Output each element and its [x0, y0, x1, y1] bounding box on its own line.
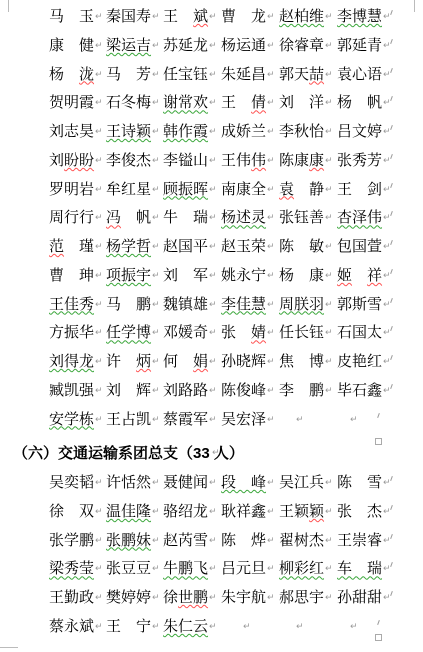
- name-text: 杨 康: [279, 268, 324, 284]
- person-name: 南康全: [221, 181, 266, 200]
- person-name: 吕元旦: [221, 560, 266, 579]
- name-text: 倩: [251, 95, 266, 111]
- name-text: 瑾: [64, 239, 94, 255]
- person-name: 朱仁云: [163, 618, 208, 637]
- line-break-mark-icon: ↵: [350, 623, 358, 632]
- name-text: 孙甜甜: [337, 590, 382, 606]
- person-name: 杨 康: [279, 267, 324, 286]
- section-heading-row: （六）交通运输系团总支（33 人） ↵: [0, 444, 423, 466]
- name-row: 王佳秀↵马 鹏↵魏镇雄↵李佳慧↵周朕羽↵郭斯雪↵: [0, 296, 423, 318]
- line-break-mark-icon: ↵: [152, 214, 160, 223]
- name-text: 李 鹏: [279, 383, 324, 399]
- person-name: 吕文婷: [337, 123, 382, 142]
- person-name: 段 峰: [221, 474, 266, 493]
- person-name: 王诗颖: [106, 123, 151, 142]
- line-break-mark-icon: ↵: [243, 623, 251, 632]
- name-text: 南康全: [221, 182, 266, 198]
- name-row: 刘志昊↵王诗颖↵韩作霞↵成娇兰↵李秋怡↵吕文婷↵: [0, 123, 423, 145]
- name-row: 蔡永斌↵王 宁↵朱仁云↵↵↵↵: [0, 618, 423, 640]
- name-text: 炳: [136, 354, 151, 370]
- person-name: 周朕羽: [279, 296, 324, 315]
- line-break-mark-icon: ↵: [152, 537, 160, 546]
- name-text: 吕文婷: [337, 124, 382, 140]
- person-name: 王 倩: [221, 94, 266, 113]
- line-break-mark-icon: ↵: [325, 508, 333, 517]
- line-break-mark-icon: ↵: [209, 358, 217, 367]
- line-break-mark-icon: ↵: [267, 565, 275, 574]
- name-text: 刘志昊: [49, 124, 94, 140]
- name-row: 范 瑾↵杨学哲↵赵国平↵赵玉荣↵陈 敏↵包国萱↵: [0, 238, 423, 260]
- line-break-mark-icon: ↵: [95, 594, 103, 603]
- name-text: 李秋怡: [279, 124, 324, 140]
- name-text: 温佳隆: [106, 504, 151, 520]
- person-name: 马 鹏: [106, 296, 151, 315]
- person-name: 张钰善: [279, 209, 324, 228]
- name-text: 张 杰: [337, 504, 382, 520]
- line-break-mark-icon: ↵: [152, 157, 160, 166]
- person-name: 魏镇雄: [163, 296, 208, 315]
- person-name: 刘 辉: [106, 382, 151, 401]
- line-break-mark-icon: ↵: [209, 13, 217, 22]
- name-text: 许: [106, 354, 136, 370]
- fullwidth-space-mark: [375, 438, 382, 445]
- name-text: 臧凯强: [49, 383, 94, 399]
- person-name: 刘得龙: [49, 353, 94, 372]
- name-text: 赵柏维: [279, 9, 324, 25]
- name-row: 康 健↵梁运吉↵苏延龙↵杨运通↵徐睿章↵郭延青↵: [0, 37, 423, 59]
- name-text: 任宝钰: [163, 67, 208, 83]
- person-name: 袁 静: [279, 181, 324, 200]
- name-text: 祥: [367, 268, 382, 284]
- person-name: 陈 敏: [279, 238, 324, 257]
- name-text: 杏泽伟: [337, 210, 382, 226]
- line-break-mark-icon: ↵: [209, 537, 217, 546]
- person-name: 方振华: [49, 324, 94, 343]
- person-name: 袁心语: [337, 66, 382, 85]
- name-text: 杨学哲: [106, 239, 151, 255]
- line-break-mark-icon: ↵: [325, 565, 333, 574]
- name-text: 徐: [163, 590, 178, 606]
- name-text: 姬: [337, 268, 352, 284]
- person-name: 陈康康: [279, 152, 324, 171]
- person-name: 蔡霞军: [163, 411, 208, 430]
- person-name: 周行行: [49, 209, 94, 228]
- person-name: 孙甜甜: [337, 589, 382, 608]
- person-name: 吴奕韬: [49, 474, 94, 493]
- name-row: 刘盼盼↵李俊杰↵李镒山↵王伟伟↵陈康康↵张秀芳↵: [0, 152, 423, 174]
- person-name: 赵柏维: [279, 8, 324, 27]
- name-text: 罗明岩: [49, 182, 94, 198]
- name-text: 许恬然: [106, 475, 151, 491]
- line-break-mark-icon: ↵: [209, 416, 217, 425]
- name-text: 吕元旦: [221, 561, 266, 577]
- person-name: 何 娟: [163, 353, 208, 372]
- person-name: 杨 泷: [49, 66, 94, 85]
- line-break-mark-icon: ↵: [267, 416, 275, 425]
- name-row: 马 玉↵秦国寿↵王 斌↵曹 龙↵赵柏维↵李博慧↵: [0, 8, 423, 30]
- name-text: 李佳慧: [221, 297, 266, 313]
- eol-tick-mark: [390, 562, 393, 567]
- line-break-mark-icon: ↵: [209, 329, 217, 338]
- line-break-mark-icon: ↵: [325, 243, 333, 252]
- name-text: 陈俊峰: [221, 383, 266, 399]
- line-break-mark-icon: ↵: [325, 329, 333, 338]
- person-name: 毕石鑫: [337, 382, 382, 401]
- person-name: 顾振晖: [163, 181, 208, 200]
- person-name: 王佳秀: [49, 296, 94, 315]
- name-text: 苏延龙: [163, 38, 208, 54]
- person-name: 徐睿章: [279, 37, 324, 56]
- name-text: 段 峰: [221, 475, 266, 491]
- name-text: 朱宇航: [221, 590, 266, 606]
- line-break-mark-icon: ↵: [267, 243, 275, 252]
- person-name: 皮艳红: [337, 353, 382, 372]
- line-break-mark-icon: ↵: [209, 243, 217, 252]
- eol-tick-mark: [390, 96, 393, 101]
- name-text: 梁运吉: [106, 38, 151, 54]
- name-text: 马 玉: [49, 9, 94, 25]
- name-text: 魏镇雄: [163, 297, 208, 313]
- line-break-mark-icon: ↵: [267, 13, 275, 22]
- line-break-mark-icon: ↵: [325, 537, 333, 546]
- person-name: 聂健闻: [163, 474, 208, 493]
- person-name: 任宝钰: [163, 66, 208, 85]
- eol-tick-mark: [390, 211, 393, 216]
- eol-tick-mark: [390, 182, 393, 187]
- name-text: 世鹏: [178, 590, 208, 606]
- person-name: 刘志昊: [49, 123, 94, 142]
- name-text: 柳彩红: [279, 561, 324, 577]
- line-break-mark-icon: ↵: [95, 329, 103, 338]
- person-name: 安学栋: [49, 411, 94, 430]
- line-break-mark-icon: ↵: [267, 508, 275, 517]
- line-break-mark-icon: ↵: [325, 128, 333, 137]
- line-break-mark-icon: ↵: [267, 594, 275, 603]
- name-text: 皮艳红: [337, 354, 382, 370]
- line-break-mark-icon: ↵: [267, 387, 275, 396]
- fullwidth-space-mark: [375, 634, 382, 641]
- line-break-mark-icon: ↵: [325, 214, 333, 223]
- name-text: 周行行: [49, 210, 94, 226]
- line-break-mark-icon: ↵: [267, 42, 275, 51]
- name-text: 刘 军: [163, 268, 208, 284]
- person-name: 杨运通: [221, 37, 266, 56]
- line-break-mark-icon: ↵: [267, 71, 275, 80]
- name-text: 徐睿章: [279, 38, 324, 54]
- name-text: 王占凯: [106, 412, 151, 428]
- line-break-mark-icon: ↵: [152, 243, 160, 252]
- line-break-mark-icon: ↵: [325, 272, 333, 281]
- name-text: 吴江兵: [279, 475, 324, 491]
- person-name: 梁秀莹: [49, 560, 94, 579]
- eol-tick-mark: [390, 384, 393, 389]
- name-text: 石国太: [337, 325, 382, 341]
- line-break-mark-icon: ↵: [296, 623, 304, 632]
- eol-tick-mark: [390, 326, 393, 331]
- person-name: 韩作霞: [163, 123, 208, 142]
- person-name: 臧凯强: [49, 382, 94, 401]
- line-break-mark-icon: ↵: [209, 128, 217, 137]
- name-text: 梁秀莹: [49, 561, 94, 577]
- name-text: 颖: [309, 504, 324, 520]
- section-heading: （六）交通运输系团总支（33 人）: [13, 444, 244, 463]
- line-break-mark-icon: ↵: [95, 243, 103, 252]
- name-text: 邓媛奇: [163, 325, 208, 341]
- person-name: 马 玉: [49, 8, 94, 27]
- name-text: 赵国平: [163, 239, 208, 255]
- name-text: 杨述灵: [221, 210, 266, 226]
- line-break-mark-icon: ↵: [267, 214, 275, 223]
- person-name: 许恬然: [106, 474, 151, 493]
- name-text: 任长钰: [279, 325, 324, 341]
- line-break-mark-icon: ↵: [267, 329, 275, 338]
- name-text: 顾振晖: [163, 182, 208, 198]
- person-name: 邓媛奇: [163, 324, 208, 343]
- line-break-mark-icon: ↵: [267, 128, 275, 137]
- line-break-mark-icon: ↵: [95, 387, 103, 396]
- name-text: 石冬梅: [106, 95, 151, 111]
- eol-tick-mark: [390, 154, 393, 159]
- person-name: 樊婷婷: [106, 589, 151, 608]
- line-break-mark-icon: ↵: [95, 99, 103, 108]
- name-text: 翟树杰: [279, 533, 324, 549]
- line-break-mark-icon: ↵: [209, 42, 217, 51]
- name-text: 姚永宁: [221, 268, 266, 284]
- person-name: 柳彩红: [279, 560, 324, 579]
- name-text: 李博慧: [337, 9, 382, 25]
- eol-tick-mark: [377, 620, 380, 625]
- name-text: 任学博: [106, 325, 151, 341]
- line-break-mark-icon: ↵: [267, 537, 275, 546]
- line-break-mark-icon: ↵: [95, 128, 103, 137]
- name-text: 张秀芳: [337, 153, 382, 169]
- name-text: 刘 洋: [279, 95, 324, 111]
- name-row: 臧凯强↵刘 辉↵刘路路↵陈俊峰↵李 鹏↵毕石鑫↵: [0, 382, 423, 404]
- person-name: 温佳隆: [106, 503, 151, 522]
- name-text: 成娇兰: [221, 124, 266, 140]
- person-name: 马 芳: [106, 66, 151, 85]
- line-break-mark-icon: ↵: [152, 508, 160, 517]
- line-break-mark-icon: ↵: [209, 186, 217, 195]
- person-name: 杨述灵: [221, 209, 266, 228]
- name-text: 袁: [279, 182, 294, 198]
- name-text: 刘得龙: [49, 354, 94, 370]
- person-name: 秦国寿: [106, 8, 151, 27]
- name-text: 李俊杰: [106, 153, 151, 169]
- person-name: 刘路路: [163, 382, 208, 401]
- line-break-mark-icon: ↵: [267, 479, 275, 488]
- name-text: 方振华: [49, 325, 94, 341]
- line-break-mark-icon: ↵: [209, 594, 217, 603]
- name-text: 秦国寿: [106, 9, 151, 25]
- line-break-mark-icon: ↵: [95, 416, 103, 425]
- person-name: 杨学哲: [106, 238, 151, 257]
- person-name: 贺明霞: [49, 94, 94, 113]
- line-break-mark-icon: ↵: [95, 565, 103, 574]
- name-row: 方振华↵任学博↵邓媛奇↵张 婧↵任长钰↵石国太↵: [0, 324, 423, 346]
- line-break-mark-icon: ↵: [325, 13, 333, 22]
- line-break-mark-icon: ↵: [152, 358, 160, 367]
- name-text: 樊婷婷: [106, 590, 151, 606]
- line-break-mark-icon: ↵: [325, 71, 333, 80]
- eol-tick-mark: [390, 67, 393, 72]
- eol-tick-mark: [390, 10, 393, 15]
- line-break-mark-icon: ↵: [95, 42, 103, 51]
- name-text: 王: [221, 95, 251, 111]
- person-name: 姬 祥: [337, 267, 382, 286]
- person-name: 项振宇: [106, 267, 151, 286]
- person-name: 张 婧: [221, 324, 266, 343]
- person-name: 石国太: [337, 324, 382, 343]
- name-text: 焦 博: [279, 354, 324, 370]
- line-break-mark-icon: ↵: [325, 358, 333, 367]
- line-break-mark-icon: ↵: [209, 99, 217, 108]
- person-name: 赵国平: [163, 238, 208, 257]
- name-text: 贺明霞: [49, 95, 94, 111]
- line-break-mark-icon: ↵: [209, 272, 217, 281]
- name-text: 孙晓辉: [221, 354, 266, 370]
- name-text: 耿祥鑫: [221, 504, 266, 520]
- person-name: 刘盼盼: [49, 152, 94, 171]
- name-row: 贺明霞↵石冬梅↵谢常欢↵王 倩↵刘 洋↵杨 帆↵: [0, 94, 423, 116]
- eol-tick-mark: [390, 39, 393, 44]
- person-name: 杏泽伟: [337, 209, 382, 228]
- eol-tick-mark: [390, 297, 393, 302]
- paragraph-mark-icon: ↵: [212, 449, 220, 458]
- person-name: 牟红星: [106, 181, 151, 200]
- line-break-mark-icon: ↵: [325, 594, 333, 603]
- line-break-mark-icon: ↵: [209, 623, 217, 632]
- name-text: 马 鹏: [106, 297, 151, 313]
- name-text: 周朕羽: [279, 297, 324, 313]
- person-name: 张鹏妹: [106, 532, 151, 551]
- eol-tick-mark: [390, 533, 393, 538]
- name-text: 范: [49, 239, 64, 255]
- line-break-mark-icon: ↵: [152, 329, 160, 338]
- name-text: 安学栋: [49, 412, 94, 428]
- person-name: 徐 双: [49, 503, 94, 522]
- person-name: 王 剑: [337, 181, 382, 200]
- name-text: 康 健: [49, 38, 94, 54]
- line-break-mark-icon: ↵: [152, 623, 160, 632]
- person-name: 李俊杰: [106, 152, 151, 171]
- name-text: 陈 烨: [221, 533, 266, 549]
- name-text: 徐 双: [49, 504, 94, 520]
- line-break-mark-icon: ↵: [325, 387, 333, 396]
- line-break-mark-icon: ↵: [152, 13, 160, 22]
- person-name: 牛鹏飞: [163, 560, 208, 579]
- name-text: 吴奕韬: [49, 475, 94, 491]
- person-name: 任长钰: [279, 324, 324, 343]
- person-name: 李 鹏: [279, 382, 324, 401]
- line-break-mark-icon: ↵: [152, 71, 160, 80]
- name-row: 杨 泷↵马 芳↵任宝钰↵朱延昌↵郭天喆↵袁心语↵: [0, 66, 423, 88]
- name-text: 王 剑: [337, 182, 382, 198]
- name-text: 王崇睿: [337, 533, 382, 549]
- person-name: 康 健: [49, 37, 94, 56]
- name-text: 刘路路: [163, 383, 208, 399]
- person-name: 刘 洋: [279, 94, 324, 113]
- name-text: 张鹏妹: [106, 533, 151, 549]
- line-break-mark-icon: ↵: [95, 157, 103, 166]
- person-name: 吴江兵: [279, 474, 324, 493]
- name-text: 陈 敏: [279, 239, 324, 255]
- person-name: 朱延昌: [221, 66, 266, 85]
- line-break-mark-icon: ↵: [325, 186, 333, 195]
- document-page: 马 玉↵秦国寿↵王 斌↵曹 龙↵赵柏维↵李博慧↵康 健↵梁运吉↵苏延龙↵杨运通↵…: [0, 0, 423, 652]
- name-text: 聂健闻: [163, 475, 208, 491]
- name-text: 泷: [79, 67, 94, 83]
- person-name: 翟树杰: [279, 532, 324, 551]
- person-name: 曹 珅: [49, 267, 94, 286]
- name-text: 刘: [49, 153, 64, 169]
- line-break-mark-icon: ↵: [267, 358, 275, 367]
- name-text: 项振宇: [106, 268, 151, 284]
- name-text: 车 瑞: [337, 561, 382, 577]
- name-text: 康: [309, 153, 324, 169]
- name-text: 朱仁云: [163, 619, 208, 635]
- name-text: 毕石鑫: [337, 383, 382, 399]
- line-break-mark-icon: ↵: [209, 479, 217, 488]
- person-name: 郭延青: [337, 37, 382, 56]
- person-name: 王 斌: [163, 8, 208, 27]
- name-row: 梁秀莹↵张豆豆↵牛鹏飞↵吕元旦↵柳彩红↵车 瑞↵: [0, 560, 423, 582]
- crop-mark-bottom-left: [0, 647, 18, 648]
- person-name: 耿祥鑫: [221, 503, 266, 522]
- name-text: 喆: [309, 67, 324, 83]
- line-break-mark-icon: ↵: [152, 594, 160, 603]
- name-text: 郭延青: [337, 38, 382, 54]
- eol-tick-mark: [390, 240, 393, 245]
- person-name: 王 宁: [106, 618, 151, 637]
- person-name: 牛 瑞: [163, 209, 208, 228]
- name-text: 蔡霞军: [163, 412, 208, 428]
- name-text: 郭天: [279, 67, 309, 83]
- line-break-mark-icon: ↵: [209, 71, 217, 80]
- person-name: 赵玉荣: [221, 238, 266, 257]
- name-text: 杨 帆: [337, 95, 382, 111]
- line-break-mark-icon: ↵: [209, 301, 217, 310]
- person-name: 张秀芳: [337, 152, 382, 171]
- name-text: 李镒山: [163, 153, 208, 169]
- person-name: 冯 帆: [106, 209, 151, 228]
- person-name: 任学博: [106, 324, 151, 343]
- person-name: 梁运吉: [106, 37, 151, 56]
- name-row: 吴奕韬↵许恬然↵聂健闻↵段 峰↵吴江兵↵陈 雪↵: [0, 474, 423, 496]
- line-break-mark-icon: ↵: [267, 272, 275, 281]
- person-name: 焦 博: [279, 353, 324, 372]
- name-text: 王伟: [221, 153, 251, 169]
- name-text: 包国萱: [337, 239, 382, 255]
- line-break-mark-icon: ↵: [152, 416, 160, 425]
- line-break-mark-icon: ↵: [152, 99, 160, 108]
- person-name: 苏延龙: [163, 37, 208, 56]
- name-text: 娟: [193, 354, 208, 370]
- name-text: 冯: [106, 210, 121, 226]
- name-text: 张豆豆: [106, 561, 151, 577]
- name-text: 袁心语: [337, 67, 382, 83]
- person-name: 李镒山: [163, 152, 208, 171]
- line-break-mark-icon: ↵: [209, 387, 217, 396]
- line-break-mark-icon: ↵: [209, 214, 217, 223]
- name-text: 吴宏泽: [221, 412, 266, 428]
- line-break-mark-icon: ↵: [267, 186, 275, 195]
- eol-tick-mark: [390, 476, 393, 481]
- eol-tick-mark: [390, 591, 393, 596]
- line-break-mark-icon: ↵: [152, 128, 160, 137]
- person-name: 徐世鹏: [163, 589, 208, 608]
- eol-tick-mark: [390, 505, 393, 510]
